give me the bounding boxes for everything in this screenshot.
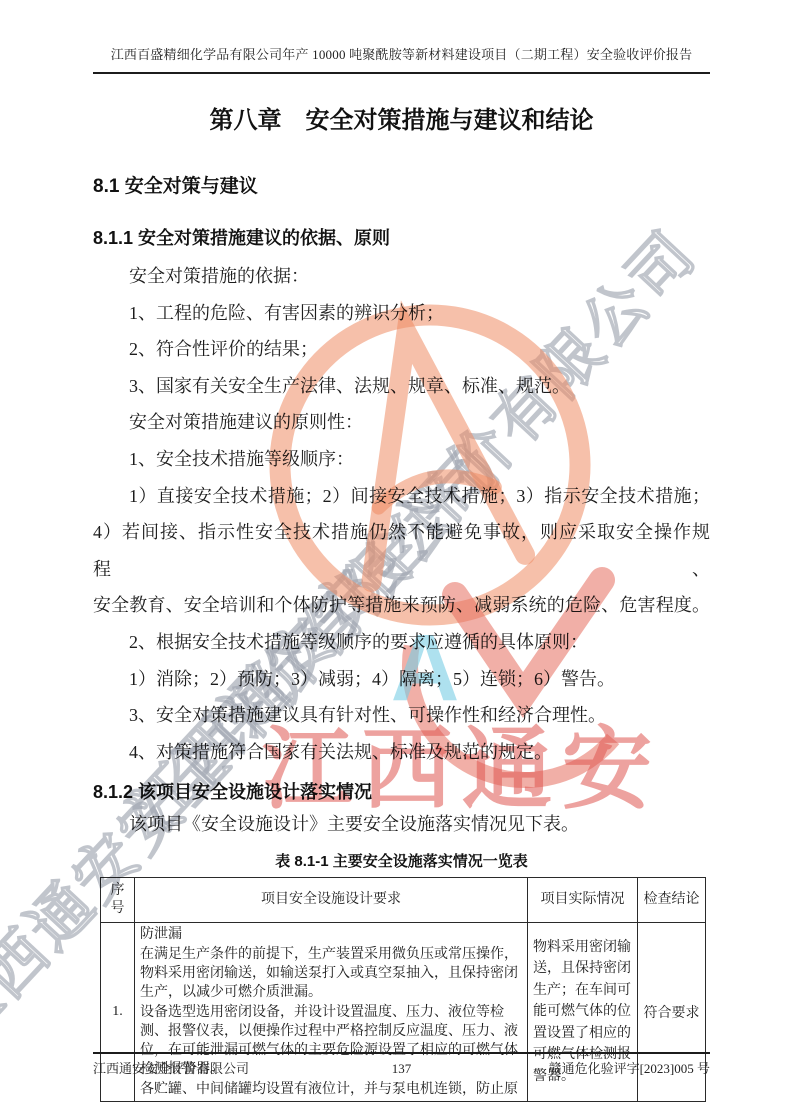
page-content: 江西百盛精细化学品有限公司年产 10000 吨聚酰胺等新材料建设项目（二期工程）… (93, 0, 710, 1102)
section-8-1-2-intro: 该项目《安全设施设计》主要安全设施落实情况见下表。 (93, 806, 710, 843)
paragraph-line: 1）直接安全技术措施；2）间接安全技术措施；3）指示安全技术措施； (93, 478, 710, 515)
page-footer: 江西通安安全评价有限公司 137 赣通危化验评字[2023]005 号 (93, 1052, 710, 1077)
chapter-title: 第八章 安全对策措施与建议和结论 (93, 100, 710, 135)
header-rule (93, 72, 710, 74)
section-heading-8-1-2: 8.1.2 该项目安全设施设计落实情况 (93, 778, 710, 804)
paragraph-line: 安全对策措施的依据： (93, 258, 710, 295)
body-paragraphs: 安全对策措施的依据： 1、工程的危险、有害因素的辨识分析； 2、符合性评价的结果… (93, 258, 710, 770)
column-header-serial: 序号 (101, 878, 135, 923)
report-header-title: 江西百盛精细化学品有限公司年产 10000 吨聚酰胺等新材料建设项目（二期工程）… (93, 0, 710, 63)
paragraph-line: 安全对策措施建议的原则性： (93, 404, 710, 441)
paragraph-line: 安全教育、安全培训和个体防护等措施来预防、减弱系统的危险、危害程度。 (93, 587, 710, 624)
paragraph-line: 3、安全对策措施建议具有针对性、可操作性和经济合理性。 (93, 697, 710, 734)
column-header-actual: 项目实际情况 (528, 878, 638, 923)
section-heading-8-1-1: 8.1.1 安全对策措施建议的依据、原则 (93, 224, 710, 250)
footer-page-number: 137 (392, 1061, 412, 1077)
paragraph-line: 1）消除；2）预防；3）减弱；4）隔离；5）连锁；6）警告。 (93, 661, 710, 698)
table-caption: 表 8.1-1 主要安全设施落实情况一览表 (93, 850, 710, 871)
table-header-row: 序号 项目安全设施设计要求 项目实际情况 检查结论 (101, 878, 706, 923)
paragraph-line: 2、符合性评价的结果； (93, 331, 710, 368)
paragraph-line: 2、根据安全技术措施等级顺序的要求应遵循的具体原则： (93, 624, 710, 661)
footer-company: 江西通安安全评价有限公司 (93, 1058, 392, 1077)
section-heading-8-1: 8.1 安全对策与建议 (93, 171, 710, 198)
column-header-requirement: 项目安全设施设计要求 (135, 878, 528, 923)
column-header-conclusion: 检查结论 (638, 878, 706, 923)
paragraph-line: 4、对策措施符合国家有关法规、标准及规范的规定。 (93, 734, 710, 771)
paragraph-line: 1、安全技术措施等级顺序： (93, 441, 710, 478)
footer-doc-number: 赣通危化验评字[2023]005 号 (411, 1058, 710, 1077)
paragraph-line: 4）若间接、指示性安全技术措施仍然不能避免事故，则应采取安全操作规程、 (93, 514, 710, 587)
paragraph-line: 1、工程的危险、有害因素的辨识分析； (93, 295, 710, 332)
document-page: 江西百盛精细化学品有限公司年产 10000 吨聚酰胺等新材料建设项目（二期工程）… (0, 0, 790, 1119)
paragraph-line: 3、国家有关安全生产法律、法规、规章、标准、规范。 (93, 368, 710, 405)
